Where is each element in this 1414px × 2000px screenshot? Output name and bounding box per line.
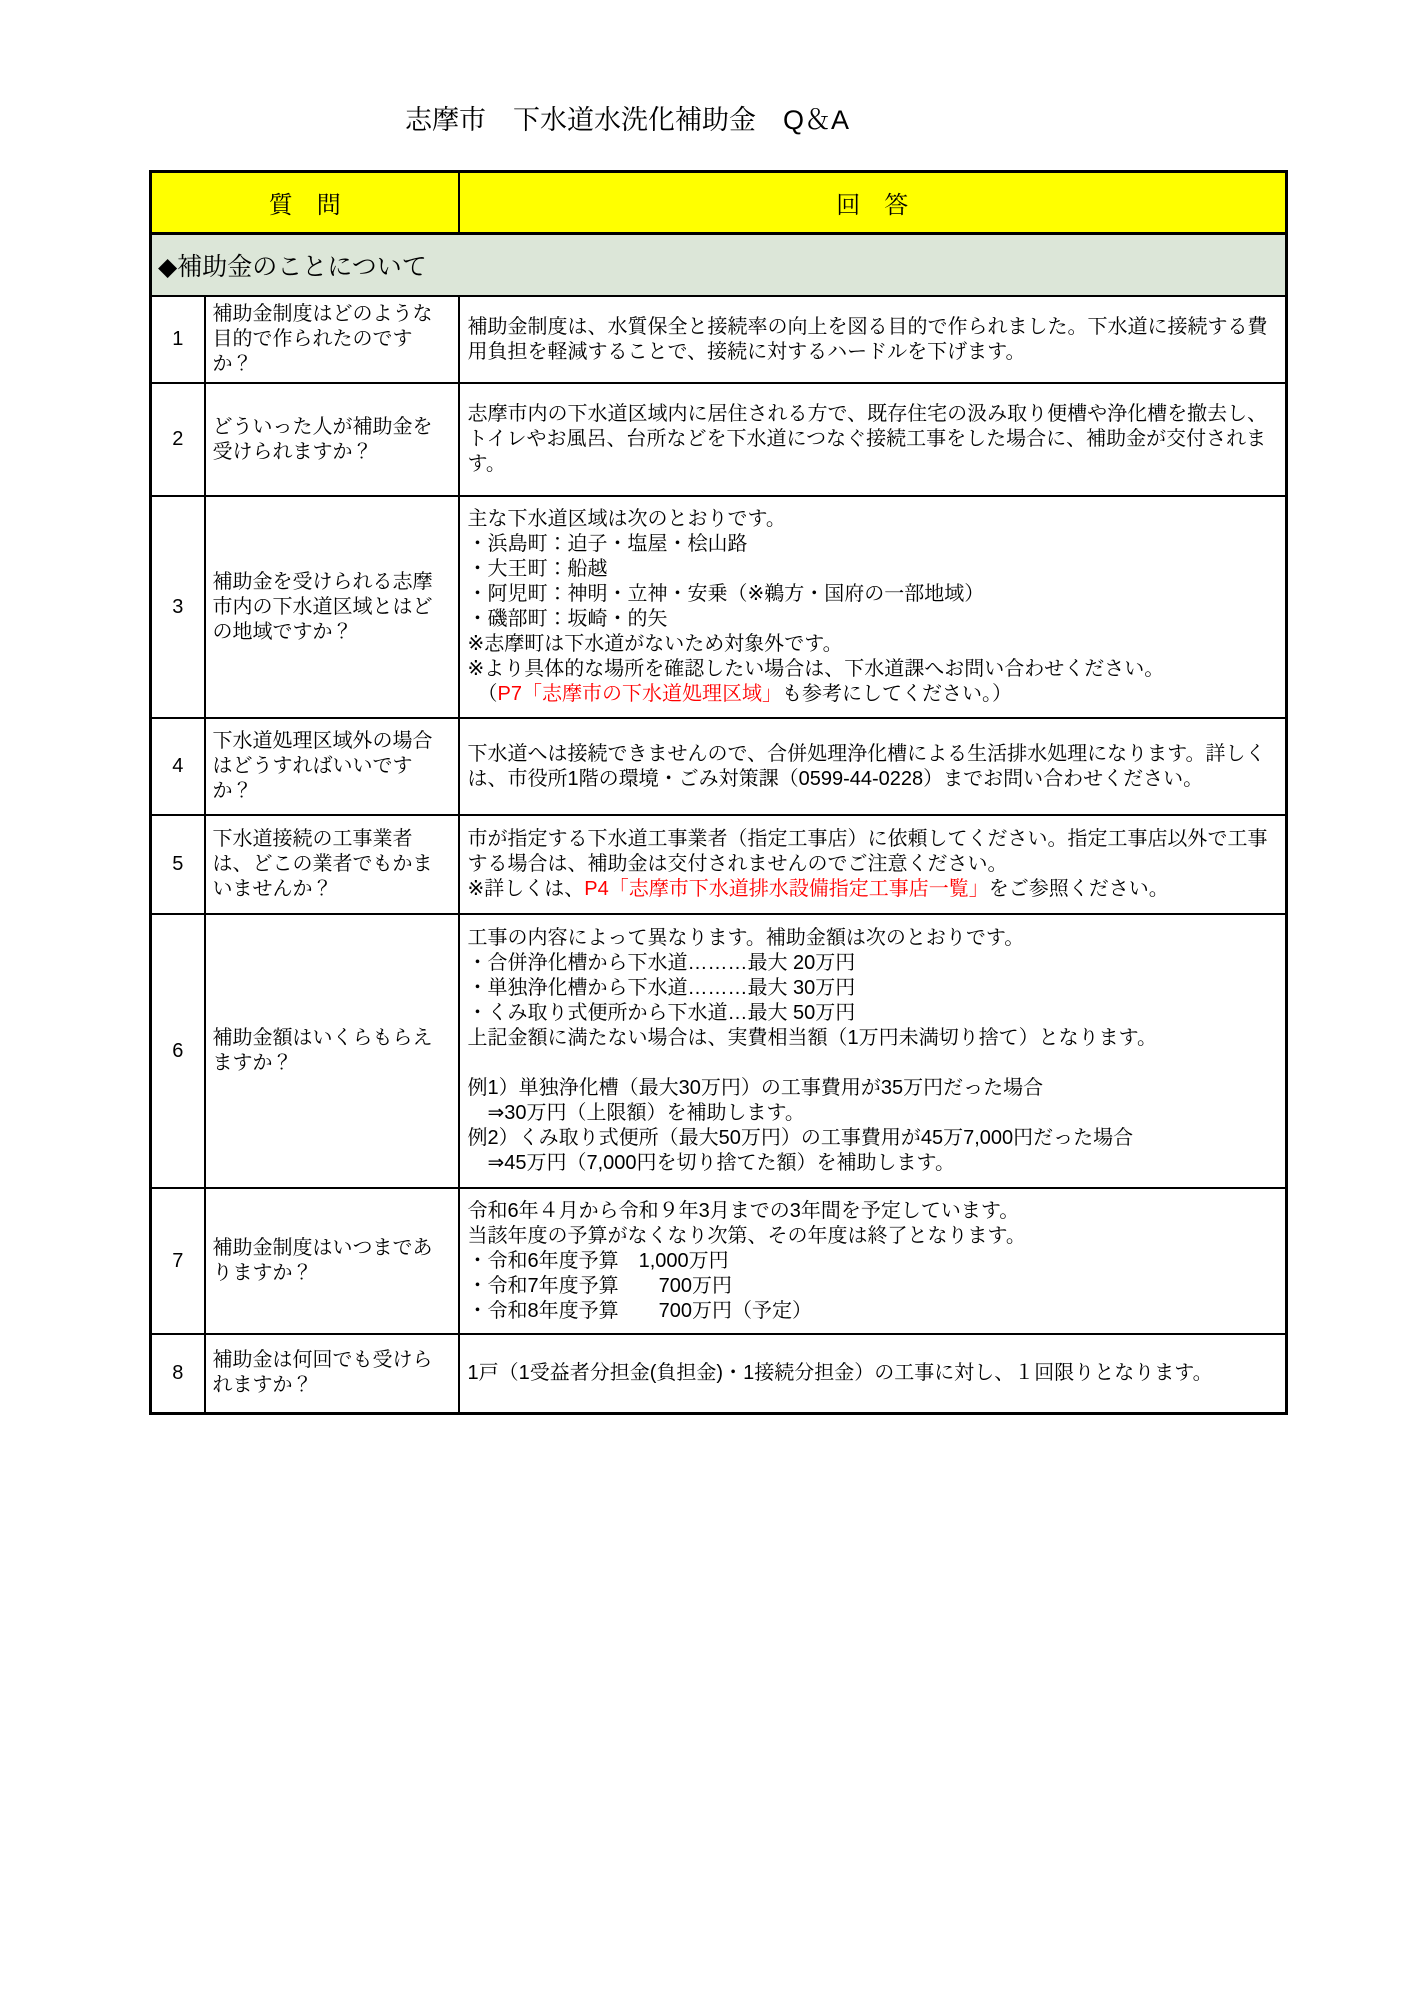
answer-cell: 令和6年４月から令和９年3月までの3年間を予定しています。当該年度の予算がなくな… bbox=[459, 1188, 1287, 1334]
row-number: 2 bbox=[151, 383, 205, 496]
answer-text: をご参照ください。 bbox=[989, 878, 1169, 900]
row-number: 1 bbox=[151, 296, 205, 383]
answer-text: ・令和7年度予算 700万円 bbox=[468, 1275, 733, 1297]
answer-text: ※志摩町は下水道がないため対象外です。 bbox=[468, 633, 843, 655]
answer-line: 下水道へは接続できませんので、合併処理浄化槽による生活排水処理になります。詳しく… bbox=[468, 742, 1277, 792]
answer-text: ・阿児町：神明・立神・安乗（※鵜方・国府の一部地域） bbox=[468, 583, 985, 605]
answer-text: ・単独浄化槽から下水道………最大 30万円 bbox=[468, 977, 856, 999]
question-cell: 補助金を受けられる志摩市内の下水道区域とはどの地域ですか？ bbox=[205, 496, 459, 718]
answer-line: ・令和8年度予算 700万円（予定） bbox=[468, 1299, 1277, 1324]
answer-line: 上記金額に満たない場合は、実費相当額（1万円未満切り捨て）となります。 bbox=[468, 1026, 1277, 1051]
answer-text: 補助金制度は、水質保全と接続率の向上を図る目的で作られました。下水道に接続する費… bbox=[468, 316, 1268, 363]
answer-text: ※詳しくは、 bbox=[468, 878, 585, 900]
answer-line: 志摩市内の下水道区域内に居住される方で、既存住宅の汲み取り便槽や浄化槽を撤去し、… bbox=[468, 402, 1277, 477]
answer-cell: 1戸（1受益者分担金(負担金)・1接続分担金）の工事に対し、１回限りとなります。 bbox=[459, 1334, 1287, 1413]
answer-line: 主な下水道区域は次のとおりです。 bbox=[468, 507, 1277, 532]
table-header-row: 質 問 回 答 bbox=[151, 172, 1287, 234]
question-cell: 補助金額はいくらもらえますか？ bbox=[205, 914, 459, 1188]
answer-text: 上記金額に満たない場合は、実費相当額（1万円未満切り捨て）となります。 bbox=[468, 1027, 1158, 1049]
answer-text: 下水道へは接続できませんので、合併処理浄化槽による生活排水処理になります。詳しく… bbox=[468, 743, 1266, 790]
question-cell: 補助金制度はいつまでありますか？ bbox=[205, 1188, 459, 1334]
answer-line: ※志摩町は下水道がないため対象外です。 bbox=[468, 632, 1277, 657]
answer-cell: 市が指定する下水道工事業者（指定工事店）に依頼してください。指定工事店以外で工事… bbox=[459, 815, 1287, 914]
answer-cell: 下水道へは接続できませんので、合併処理浄化槽による生活排水処理になります。詳しく… bbox=[459, 718, 1287, 815]
table-row: 5下水道接続の工事業者は、どこの業者でもかまいませんか？市が指定する下水道工事業… bbox=[151, 815, 1287, 914]
answer-line: ・くみ取り式便所から下水道…最大 50万円 bbox=[468, 1001, 1277, 1026]
row-number: 6 bbox=[151, 914, 205, 1188]
answer-line: ・単独浄化槽から下水道………最大 30万円 bbox=[468, 976, 1277, 1001]
answer-text: 志摩市内の下水道区域内に居住される方で、既存住宅の汲み取り便槽や浄化槽を撤去し、… bbox=[468, 403, 1268, 475]
answer-line: 市が指定する下水道工事業者（指定工事店）に依頼してください。指定工事店以外で工事… bbox=[468, 827, 1277, 877]
row-number: 3 bbox=[151, 496, 205, 718]
reference-highlight: P4「志摩市下水道排水設備指定工事店一覧」 bbox=[584, 878, 988, 900]
answer-text: （ bbox=[468, 683, 498, 705]
answer-line: ※より具体的な場所を確認したい場合は、下水道課へお問い合わせください。 bbox=[468, 657, 1277, 682]
answer-line: 当該年度の予算がなくなり次第、その年度は終了となります。 bbox=[468, 1224, 1277, 1249]
question-cell: どういった人が補助金を受けられますか？ bbox=[205, 383, 459, 496]
answer-text: 例1）単独浄化槽（最大30万円）の工事費用が35万円だった場合 bbox=[468, 1077, 1044, 1099]
question-cell: 下水道接続の工事業者は、どこの業者でもかまいませんか？ bbox=[205, 815, 459, 914]
page-title: 志摩市 下水道水洗化補助金 Q＆A bbox=[0, 98, 1254, 137]
answer-line: 例1）単独浄化槽（最大30万円）の工事費用が35万円だった場合 bbox=[468, 1076, 1277, 1101]
answer-text: ⇒30万円（上限額）を補助します。 bbox=[468, 1102, 805, 1124]
answer-text: 市が指定する下水道工事業者（指定工事店）に依頼してください。指定工事店以外で工事… bbox=[468, 828, 1268, 875]
answer-line: （P7「志摩市の下水道処理区域」も参考にしてください。） bbox=[468, 682, 1277, 707]
table-row: 2どういった人が補助金を受けられますか？志摩市内の下水道区域内に居住される方で、… bbox=[151, 383, 1287, 496]
answer-cell: 志摩市内の下水道区域内に居住される方で、既存住宅の汲み取り便槽や浄化槽を撤去し、… bbox=[459, 383, 1287, 496]
answer-text: 当該年度の予算がなくなり次第、その年度は終了となります。 bbox=[468, 1225, 1026, 1247]
table-row: 1補助金制度はどのような目的で作られたのですか？補助金制度は、水質保全と接続率の… bbox=[151, 296, 1287, 383]
answer-line: 例2）くみ取り式便所（最大50万円）の工事費用が45万7,000円だった場合 bbox=[468, 1126, 1277, 1151]
document-page: 志摩市 下水道水洗化補助金 Q＆A 質 問 回 答 ◆補助金のことについて 1補… bbox=[0, 0, 1414, 2000]
table-row: 3補助金を受けられる志摩市内の下水道区域とはどの地域ですか？主な下水道区域は次の… bbox=[151, 496, 1287, 718]
answer-text: ・合併浄化槽から下水道………最大 20万円 bbox=[468, 952, 856, 974]
answer-text: も参考にしてください。） bbox=[782, 683, 1012, 705]
answer-text: ・令和6年度予算 1,000万円 bbox=[468, 1250, 729, 1272]
answer-line: 補助金制度は、水質保全と接続率の向上を図る目的で作られました。下水道に接続する費… bbox=[468, 315, 1277, 365]
answer-line: ・浜島町：迫子・塩屋・桧山路 bbox=[468, 532, 1277, 557]
row-number: 5 bbox=[151, 815, 205, 914]
answer-cell: 補助金制度は、水質保全と接続率の向上を図る目的で作られました。下水道に接続する費… bbox=[459, 296, 1287, 383]
answer-text: ・磯部町：坂崎・的矢 bbox=[468, 608, 668, 630]
table-row: 4下水道処理区域外の場合はどうすればいいですか？下水道へは接続できませんので、合… bbox=[151, 718, 1287, 815]
question-cell: 下水道処理区域外の場合はどうすればいいですか？ bbox=[205, 718, 459, 815]
qa-table: 質 問 回 答 ◆補助金のことについて 1補助金制度はどのような目的で作られたの… bbox=[149, 170, 1288, 1415]
section-header-row: ◆補助金のことについて bbox=[151, 234, 1287, 297]
reference-highlight: P7「志摩市の下水道処理区域」 bbox=[498, 683, 782, 705]
answer-text: ・大王町：船越 bbox=[468, 558, 608, 580]
answer-line: ・合併浄化槽から下水道………最大 20万円 bbox=[468, 951, 1277, 976]
answer-text: ・浜島町：迫子・塩屋・桧山路 bbox=[468, 533, 748, 555]
answer-text: ・令和8年度予算 700万円（予定） bbox=[468, 1300, 813, 1322]
answer-line: ・阿児町：神明・立神・安乗（※鵜方・国府の一部地域） bbox=[468, 582, 1277, 607]
table-row: 8補助金は何回でも受けられますか？1戸（1受益者分担金(負担金)・1接続分担金）… bbox=[151, 1334, 1287, 1413]
answer-text: 令和6年４月から令和９年3月までの3年間を予定しています。 bbox=[468, 1200, 1020, 1222]
answer-line: ※詳しくは、P4「志摩市下水道排水設備指定工事店一覧」をご参照ください。 bbox=[468, 877, 1277, 902]
answer-text: 1戸（1受益者分担金(負担金)・1接続分担金）の工事に対し、１回限りとなります。 bbox=[468, 1362, 1213, 1384]
answer-text: ※より具体的な場所を確認したい場合は、下水道課へお問い合わせください。 bbox=[468, 658, 1165, 680]
table-row: 6補助金額はいくらもらえますか？工事の内容によって異なります。補助金額は次のとお… bbox=[151, 914, 1287, 1188]
answer-blank-line bbox=[468, 1051, 1277, 1076]
answer-text: 工事の内容によって異なります。補助金額は次のとおりです。 bbox=[468, 927, 1025, 949]
answer-line: 工事の内容によって異なります。補助金額は次のとおりです。 bbox=[468, 926, 1277, 951]
row-number: 7 bbox=[151, 1188, 205, 1334]
answer-text: 主な下水道区域は次のとおりです。 bbox=[468, 508, 786, 530]
answer-cell: 工事の内容によって異なります。補助金額は次のとおりです。・合併浄化槽から下水道…… bbox=[459, 914, 1287, 1188]
answer-text: ⇒45万円（7,000円を切り捨てた額）を補助します。 bbox=[468, 1152, 955, 1174]
question-column-header: 質 問 bbox=[151, 172, 459, 234]
row-number: 4 bbox=[151, 718, 205, 815]
answer-line: 令和6年４月から令和９年3月までの3年間を予定しています。 bbox=[468, 1199, 1277, 1224]
answer-column-header: 回 答 bbox=[459, 172, 1287, 234]
answer-line: ⇒45万円（7,000円を切り捨てた額）を補助します。 bbox=[468, 1151, 1277, 1176]
row-number: 8 bbox=[151, 1334, 205, 1413]
question-cell: 補助金制度はどのような目的で作られたのですか？ bbox=[205, 296, 459, 383]
table-row: 7補助金制度はいつまでありますか？令和6年４月から令和９年3月までの3年間を予定… bbox=[151, 1188, 1287, 1334]
answer-line: ・令和6年度予算 1,000万円 bbox=[468, 1249, 1277, 1274]
answer-cell: 主な下水道区域は次のとおりです。・浜島町：迫子・塩屋・桧山路・大王町：船越・阿児… bbox=[459, 496, 1287, 718]
answer-line: ・磯部町：坂崎・的矢 bbox=[468, 607, 1277, 632]
answer-line: ・大王町：船越 bbox=[468, 557, 1277, 582]
question-cell: 補助金は何回でも受けられますか？ bbox=[205, 1334, 459, 1413]
answer-text: ・くみ取り式便所から下水道…最大 50万円 bbox=[468, 1002, 856, 1024]
answer-line: 1戸（1受益者分担金(負担金)・1接続分担金）の工事に対し、１回限りとなります。 bbox=[468, 1361, 1277, 1386]
answer-line: ⇒30万円（上限額）を補助します。 bbox=[468, 1101, 1277, 1126]
answer-line: ・令和7年度予算 700万円 bbox=[468, 1274, 1277, 1299]
section-title: ◆補助金のことについて bbox=[151, 234, 1287, 297]
answer-text: 例2）くみ取り式便所（最大50万円）の工事費用が45万7,000円だった場合 bbox=[468, 1127, 1134, 1149]
